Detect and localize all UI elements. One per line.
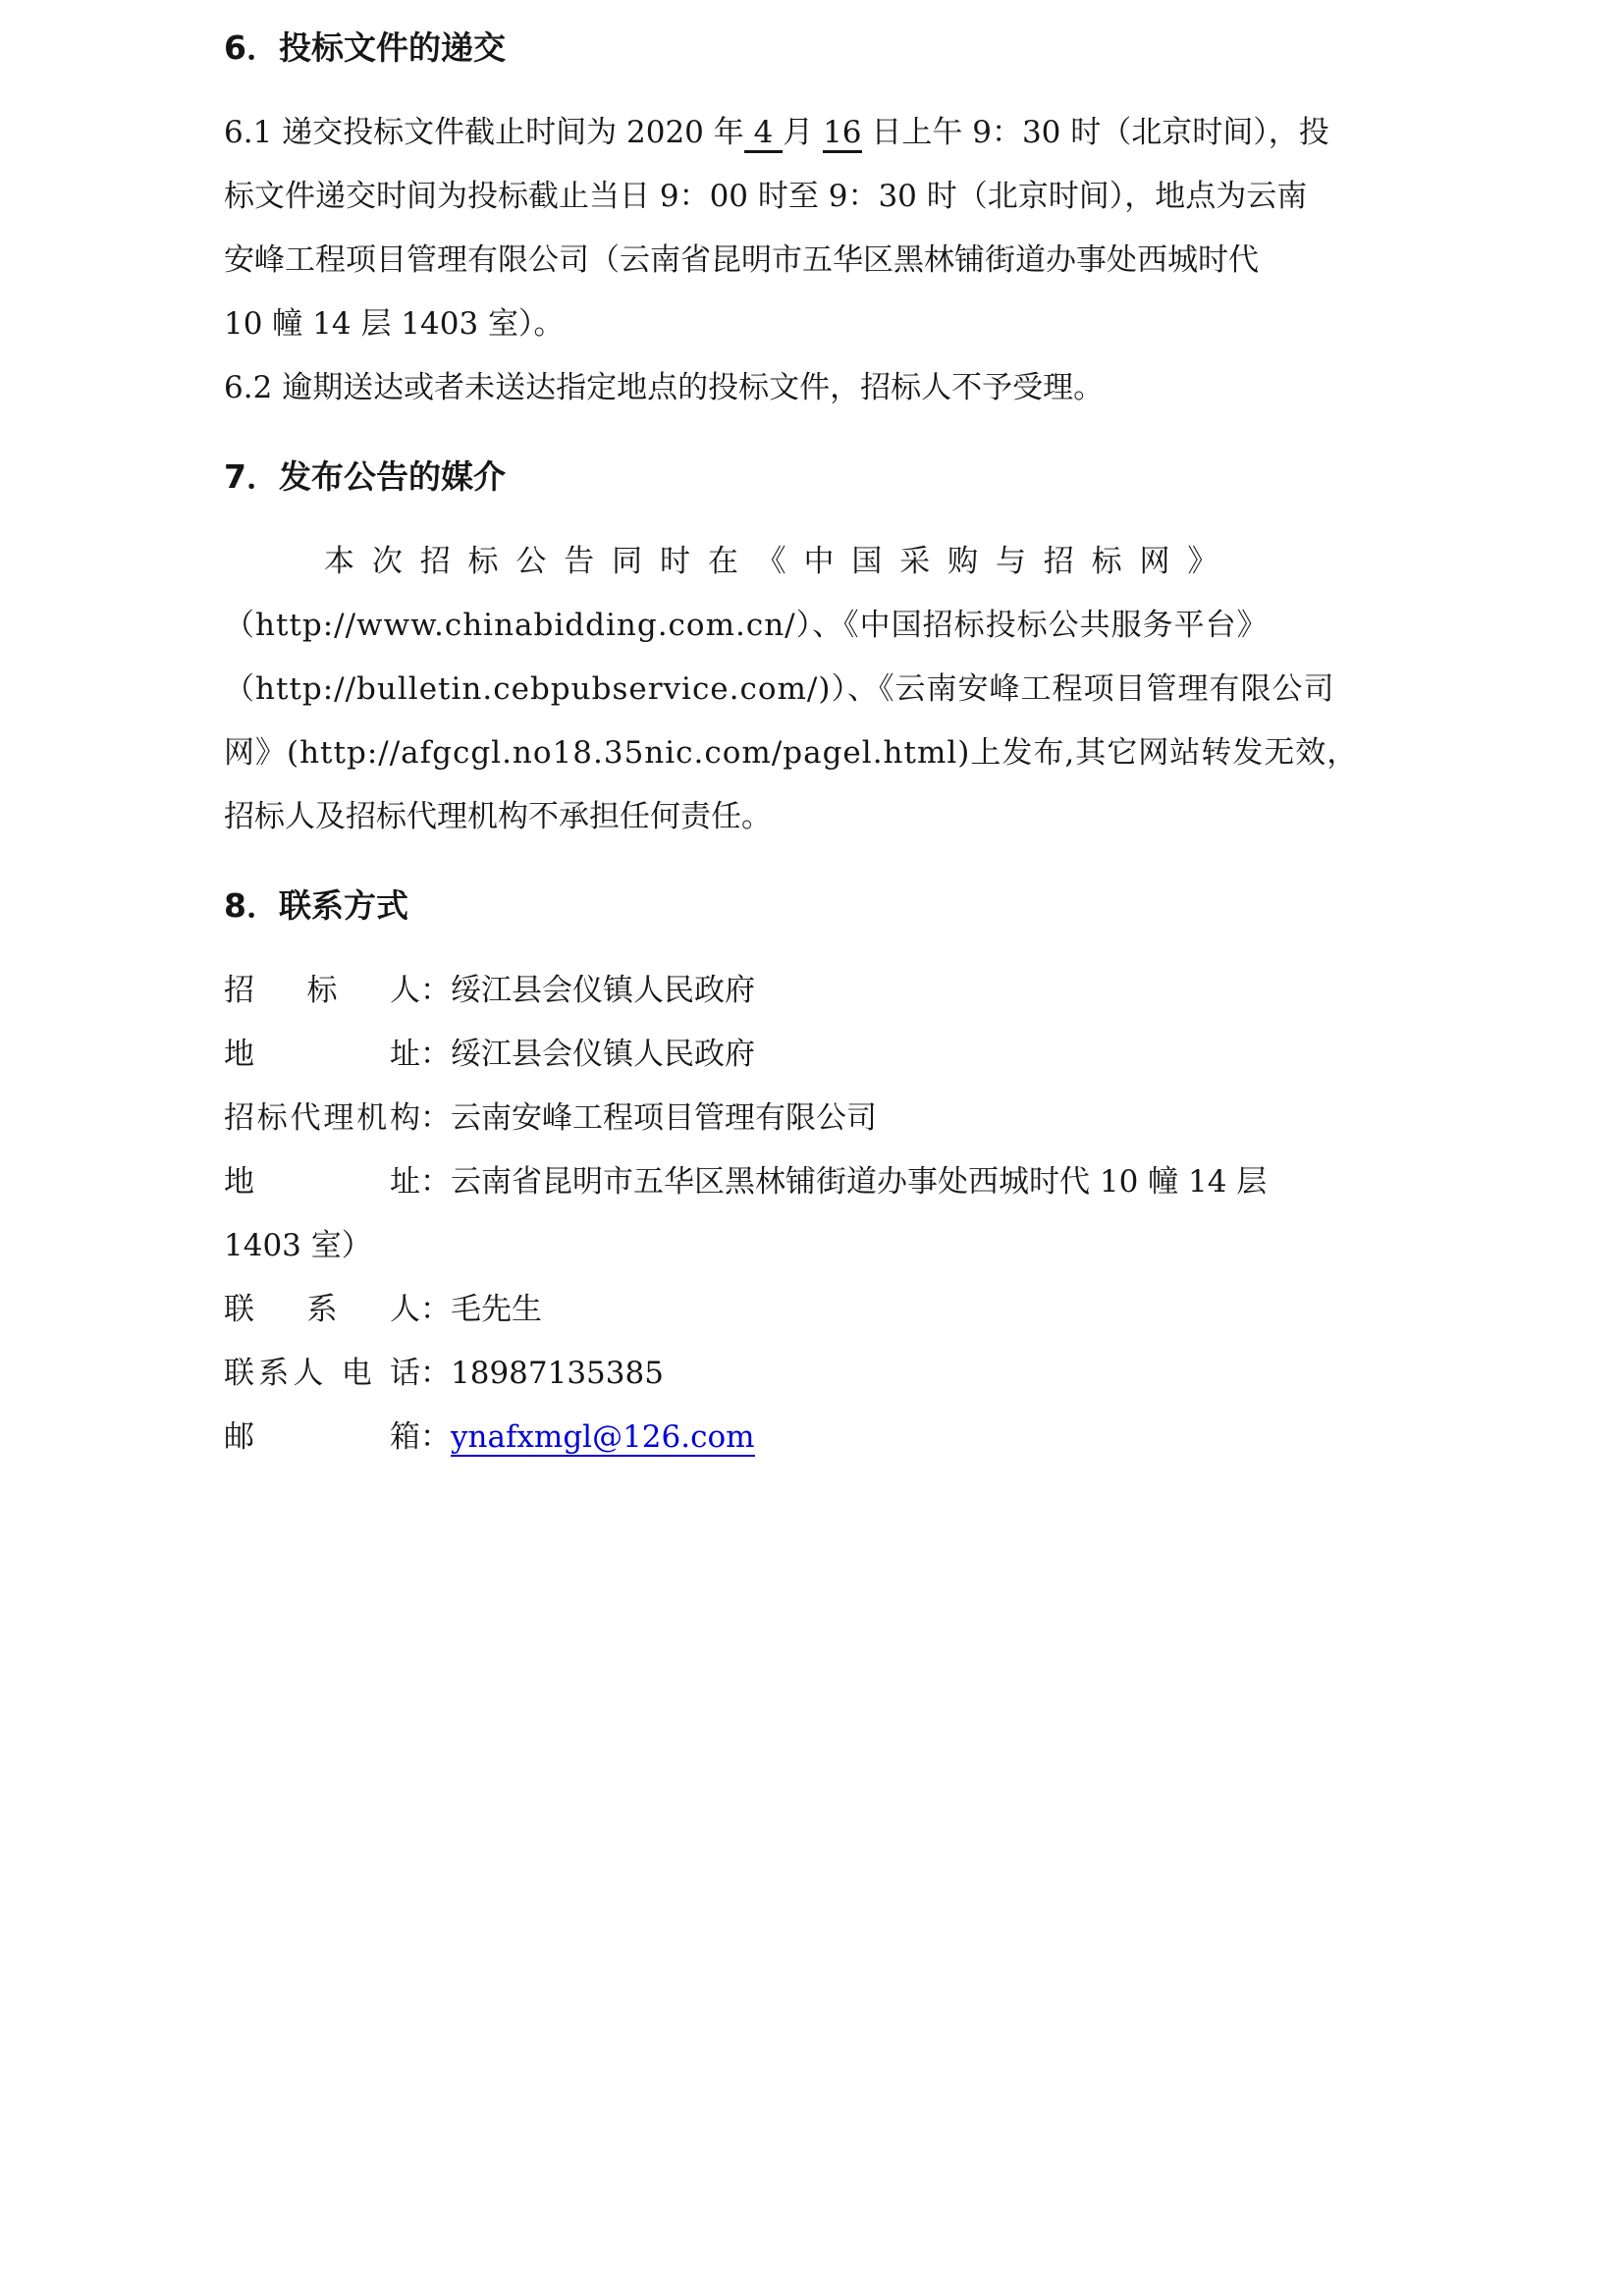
month-blank-underline: 4 bbox=[744, 115, 783, 153]
contact-person-row: 联系人：毛先生 bbox=[224, 1278, 1333, 1342]
contact-phone-value: 18987135385 bbox=[451, 1356, 664, 1391]
tenderer-value: 绥江县会仪镇人民政府 bbox=[451, 973, 755, 1008]
p61-text-between: 月 bbox=[783, 115, 823, 150]
paragraph-7-line-2-chinabidding-url: （http://www.chinabidding.com.cn/）、《中国招标投… bbox=[224, 594, 1333, 658]
paragraph-7-line-1: 本 次 招 标 公 告 同 时 在 《 中 国 采 购 与 招 标 网 》 bbox=[224, 530, 1333, 594]
p61-text-after: 日上午 9：30 时（北京时间），投 bbox=[862, 115, 1329, 150]
tenderer-address-row: 地址：绥江县会仪镇人民政府 bbox=[224, 1023, 1333, 1087]
contact-phone-label: 联系人 电 话 bbox=[224, 1342, 420, 1406]
paragraph-6-1-line-1: 6.1 递交投标文件截止时间为 2020 年 4 月 16 日上午 9：30 时… bbox=[224, 101, 1333, 165]
tenderer-address-value: 绥江县会仪镇人民政府 bbox=[451, 1037, 755, 1072]
tenderer-label: 招标人 bbox=[224, 959, 420, 1023]
contact-person-label: 联系人 bbox=[224, 1278, 420, 1342]
tenderer-address-colon: ： bbox=[420, 1037, 451, 1072]
agency-label: 招标代理机构 bbox=[224, 1087, 420, 1150]
agency-value: 云南安峰工程项目管理有限公司 bbox=[451, 1100, 877, 1136]
tenderer-colon: ： bbox=[420, 973, 451, 1008]
document-content: 6．投标文件的递交 6.1 递交投标文件截止时间为 2020 年 4 月 16 … bbox=[0, 0, 1333, 1469]
paragraph-6-1-line-3: 安峰工程项目管理有限公司（云南省昆明市五华区黑林铺街道办事处西城时代 bbox=[224, 229, 1333, 293]
email-label: 邮箱 bbox=[224, 1406, 420, 1469]
tenderer-row: 招标人：绥江县会仪镇人民政府 bbox=[224, 959, 1333, 1023]
email-colon: ： bbox=[420, 1419, 451, 1455]
agency-address-row: 地址：云南省昆明市五华区黑林铺街道办事处西城时代 10 幢 14 层 bbox=[224, 1150, 1333, 1214]
document-page: 6．投标文件的递交 6.1 递交投标文件截止时间为 2020 年 4 月 16 … bbox=[0, 0, 1624, 2296]
contact-phone-row: 联系人 电 话：18987135385 bbox=[224, 1342, 1333, 1406]
contact-person-colon: ： bbox=[420, 1292, 451, 1327]
agency-colon: ： bbox=[420, 1100, 451, 1136]
agency-address-value: 云南省昆明市五华区黑林铺街道办事处西城时代 10 幢 14 层 bbox=[451, 1164, 1267, 1200]
paragraph-6-1-line-2: 标文件递交时间为投标截止当日 9：00 时至 9：30 时（北京时间），地点为云… bbox=[224, 165, 1333, 229]
paragraph-6-1-line-4: 10 幢 14 层 1403 室）。 bbox=[224, 293, 1333, 356]
agency-row: 招标代理机构：云南安峰工程项目管理有限公司 bbox=[224, 1087, 1333, 1150]
agency-address-colon: ： bbox=[420, 1164, 451, 1200]
paragraph-6-2: 6.2 逾期送达或者未送达指定地点的投标文件，招标人不予受理。 bbox=[224, 356, 1333, 420]
day-blank-underline: 16 bbox=[823, 115, 861, 153]
agency-address-continuation: 1403 室） bbox=[224, 1214, 1333, 1278]
section-7-heading: 7．发布公告的媒介 bbox=[224, 445, 1333, 508]
agency-address-label: 地址 bbox=[224, 1150, 420, 1214]
paragraph-7-line-3-cebpubservice-url: （http://bulletin.cebpubservice.com/)）、《云… bbox=[224, 658, 1333, 721]
paragraph-7-line-4-agency-site-url: 网》(http://afgcgl.no18.35nic.com/pagel.ht… bbox=[224, 721, 1333, 785]
contact-person-value: 毛先生 bbox=[451, 1292, 542, 1327]
p61-text-before-month: 6.1 递交投标文件截止时间为 2020 年 bbox=[224, 115, 744, 150]
contact-phone-colon: ： bbox=[420, 1356, 451, 1391]
email-row: 邮箱：ynafxmgl@126.com bbox=[224, 1406, 1333, 1469]
section-8-heading: 8．联系方式 bbox=[224, 874, 1333, 937]
paragraph-7-line-5: 招标人及招标代理机构不承担任何责任。 bbox=[224, 785, 1333, 849]
email-link[interactable]: ynafxmgl@126.com bbox=[451, 1419, 755, 1457]
section-6-heading: 6．投标文件的递交 bbox=[224, 16, 1333, 80]
tenderer-address-label: 地址 bbox=[224, 1023, 420, 1087]
